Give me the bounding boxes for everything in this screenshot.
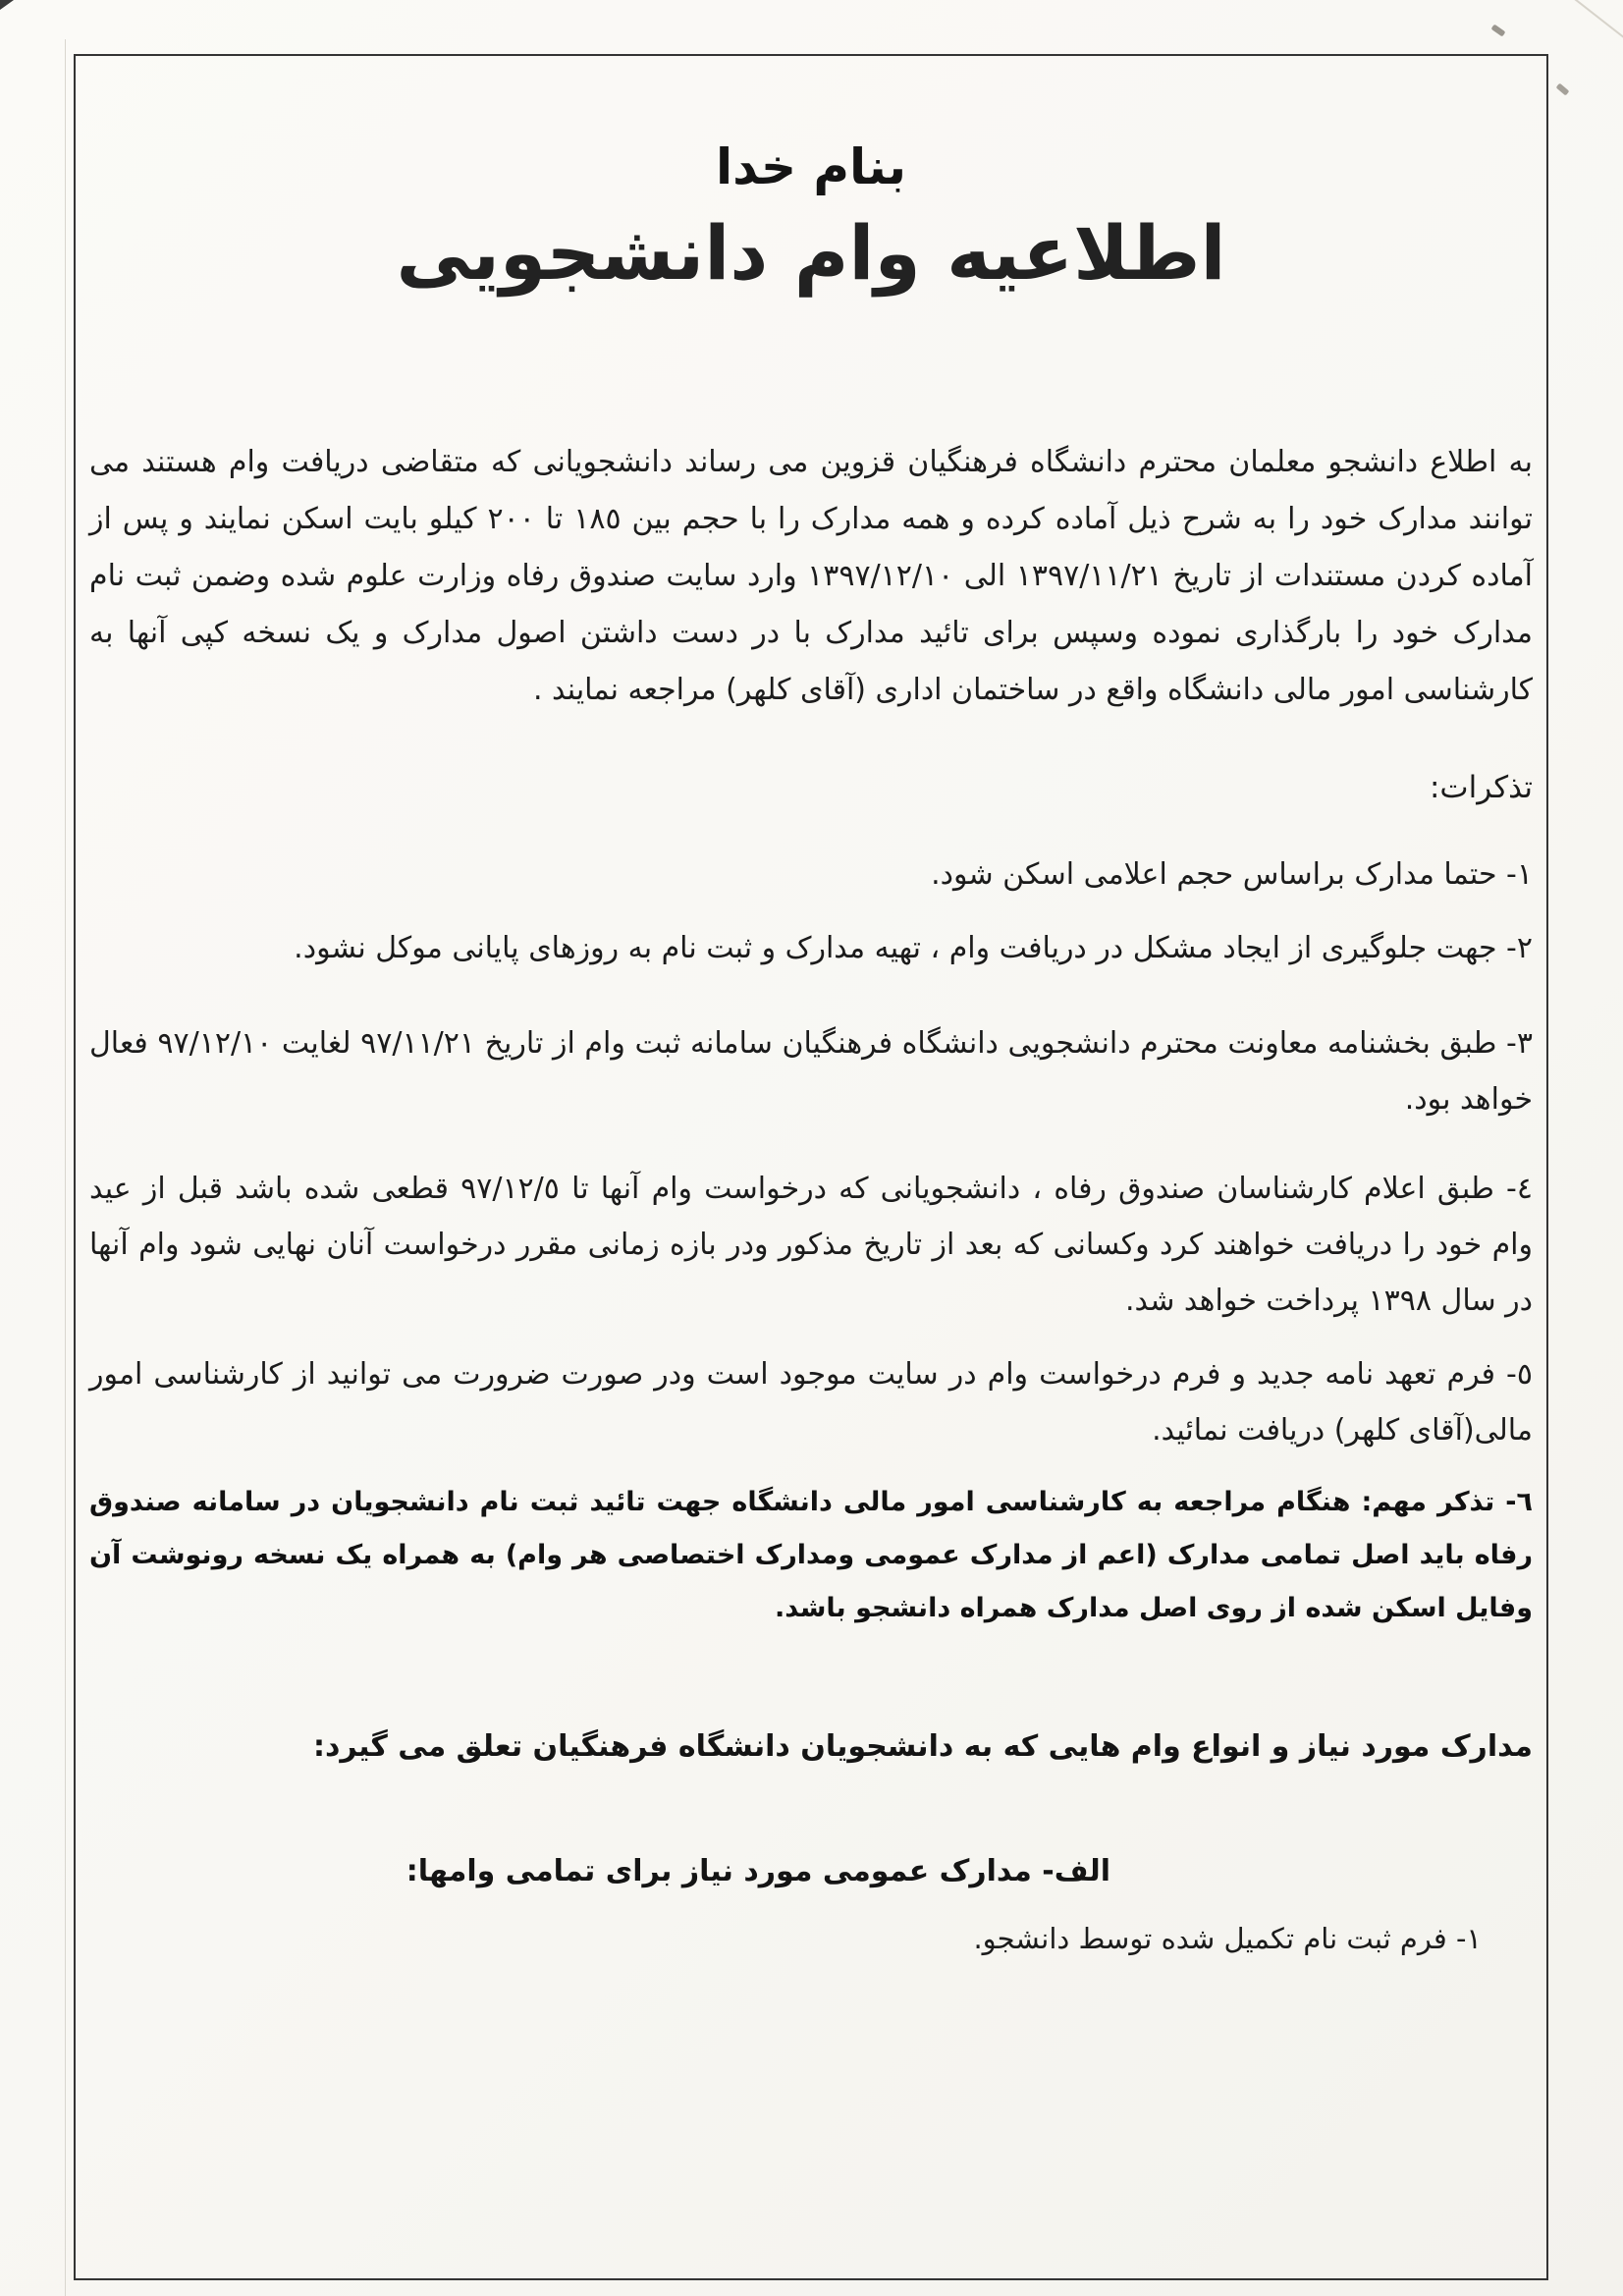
intro-paragraph: به اطلاع دانشجو معلمان محترم دانشگاه فره… (89, 434, 1533, 719)
note-item-1: ١- حتما مدارک براساس حجم اعلامی اسکن شود… (89, 847, 1533, 902)
scan-crease-mark (1491, 25, 1506, 37)
note-item-2: ٢- جهت جلوگیری از ایجاد مشکل در دریافت و… (89, 920, 1533, 976)
notes-section-label: تذکرات: (89, 770, 1533, 805)
notes-list: ١- حتما مدارک براساس حجم اعلامی اسکن شود… (89, 847, 1533, 1635)
page-edge-line (65, 39, 66, 2296)
scan-crease-mark (1556, 83, 1570, 96)
scanned-notice-page: بنام خدا اطلاعیه وام دانشجویی به اطلاع د… (0, 0, 1623, 2296)
required-docs-heading: مدارک مورد نیاز و انواع وام هایی که به د… (89, 1729, 1533, 1764)
notice-content: بنام خدا اطلاعیه وام دانشجویی به اطلاع د… (74, 54, 1548, 2280)
general-docs-heading: الف- مدارک عمومی مورد نیاز برای تمامی وا… (89, 1854, 1533, 1888)
bismillah-heading: بنام خدا (89, 138, 1533, 195)
note-item-3: ٣- طبق بخشنامه معاونت محترم دانشجویی دان… (89, 1015, 1533, 1127)
note-item-5: ٥- فرم تعهد نامه جدید و فرم درخواست وام … (89, 1346, 1533, 1458)
general-doc-item-1: ١- فرم ثبت نام تکمیل شده توسط دانشجو. (89, 1922, 1533, 1955)
notice-title: اطلاعیه وام دانشجویی (89, 209, 1533, 297)
note-item-6-important: ٦- تذکر مهم: هنگام مراجعه به کارشناسی ام… (89, 1476, 1533, 1635)
scan-corner-speck (0, 0, 14, 10)
note-item-4: ٤- طبق اعلام کارشناسان صندوق رفاه ، دانش… (89, 1161, 1533, 1329)
